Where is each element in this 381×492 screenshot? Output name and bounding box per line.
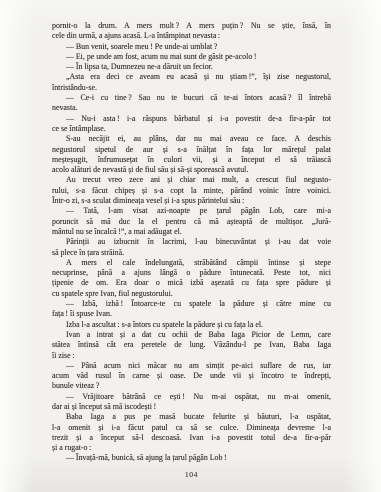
paragraph: — Tată, l-am visat azi-noapte pe țarul p… <box>52 206 331 237</box>
text-line: Ivan a intrat și a dat cu ochii de Baba … <box>52 330 331 340</box>
text-line: A mers el cale îndelungată, străbătând c… <box>52 258 331 268</box>
text-line: mântul nu se încalcă !”, a mai adăugat e… <box>52 227 331 237</box>
text-line: l-a omenit și i-a făcut patul ca să se c… <box>52 423 331 433</box>
text-line: stătea întinsă cât era peretele de lung.… <box>52 340 331 350</box>
text-line: poruncit să mă duc la el pentru că mă aș… <box>52 217 331 227</box>
text-line: necuprinse, până a ajuns lângă o pădure … <box>52 268 331 278</box>
text-line: — Până acum nici măcar nu am simțit pe-a… <box>52 361 331 371</box>
text-line: să plece în țara străină. <box>52 248 331 258</box>
text-line: pornit-o la drum. A mers mult ? A mers p… <box>52 21 331 31</box>
paragraph: — În lipsa ta, Dumnezeu ne-a dăruit un f… <box>52 62 331 72</box>
paragraph: Ivan a intrat și a dat cu ochii de Baba … <box>52 330 331 361</box>
text-line: S-au necăjit ei, au plâns, dar nu mai av… <box>52 134 331 144</box>
page-number: 104 <box>52 470 331 479</box>
text-line: îi zise : <box>52 351 331 361</box>
text-line: dar ai și început să mă iscodești ! <box>52 402 331 412</box>
text-line: — Bun venit, soarele meu ! Pe unde-ai um… <box>52 42 331 52</box>
paragraph: Izba l-a ascultat : s-a întors cu spatel… <box>52 320 331 330</box>
paragraph: „Asta era deci ce aveam eu acasă și nu ș… <box>52 72 331 93</box>
text-line: meșteșugit, înfrumusețat în culori vii, … <box>52 155 331 165</box>
paragraph: — Ce-i cu tine ? Sau nu te bucuri că te-… <box>52 93 331 114</box>
text-line: — Vrăjitoare bătrână ce ești ! Nu m-ai o… <box>52 392 331 402</box>
text-line: — Izbă, izbă ! Întoarce-te cu spatele la… <box>52 299 331 309</box>
text-line: — În lipsa ta, Dumnezeu ne-a dăruit un f… <box>52 62 331 72</box>
text-line: negustorul sipetul de aur și s-a înălțat… <box>52 145 331 155</box>
paragraph: — Izbă, izbă ! Întoarce-te cu spatele la… <box>52 299 331 320</box>
text-line: rului, s-a făcut chipeș și s-a copt la m… <box>52 186 331 196</box>
text-line: — Ce-i cu tine ? Sau nu te bucuri că te-… <box>52 93 331 103</box>
paragraph: Baba Iaga a pus pe masă bucate felurite … <box>52 412 331 453</box>
text-line: țipenie de om. Era doar o mică izbă așez… <box>52 278 331 288</box>
text-line: nevasta. <box>52 103 331 113</box>
paragraph: pornit-o la drum. A mers mult ? A mers p… <box>52 21 331 42</box>
paragraph: — Vrăjitoare bătrână ce ești ! Nu m-ai o… <box>52 392 331 413</box>
paragraph: Au trecut vreo zece ani și chiar mai mul… <box>52 175 331 206</box>
text-line: acum văd rusul în carne și oase. De unde… <box>52 371 331 381</box>
text-line: fața ! îi spuse Ivan. <box>52 309 331 319</box>
text-line: acolo alături de nevastă și de fiul său … <box>52 165 331 175</box>
text-line: și a rugat-o : <box>52 443 331 453</box>
text-line: — Ei, pe unde am fost, acum nu mai sunt … <box>52 52 331 62</box>
paragraph: — Nu-i asta ! i-a răspuns bărbatul și i-… <box>52 114 331 135</box>
text-line: cu spatele spre Ivan, fiul negustorului. <box>52 289 331 299</box>
text-line: întristându-se. <box>52 83 331 93</box>
text-line: Baba Iaga a pus pe masă bucate felurite … <box>52 412 331 422</box>
paragraph: Părinții au izbucnit în lacrimi, l-au bi… <box>52 237 331 258</box>
text-line: bunule viteaz ? <box>52 381 331 391</box>
text-line: — Nu-i asta ! i-a răspuns bărbatul și i-… <box>52 114 331 124</box>
text-block: pornit-o la drum. A mers mult ? A mers p… <box>52 21 331 464</box>
text-line: Izba l-a ascultat : s-a întors cu spatel… <box>52 320 331 330</box>
text-line: — Tată, l-am visat azi-noapte pe țarul p… <box>52 206 331 216</box>
paragraph: S-au necăjit ei, au plâns, dar nu mai av… <box>52 134 331 175</box>
paragraph: — Ei, pe unde am fost, acum nu mai sunt … <box>52 52 331 62</box>
paragraph: — Bun venit, soarele meu ! Pe unde-ai um… <box>52 42 331 52</box>
paragraph: A mers el cale îndelungată, străbătând c… <box>52 258 331 299</box>
text-line: — Învață-mă, bunică, să ajung la țarul p… <box>52 453 331 463</box>
book-page: pornit-o la drum. A mers mult ? A mers p… <box>0 0 381 492</box>
paragraph: — Până acum nici măcar nu am simțit pe-a… <box>52 361 331 392</box>
paragraph: — Învață-mă, bunică, să ajung la țarul p… <box>52 453 331 463</box>
text-line: ce se întâmplase. <box>52 124 331 134</box>
text-line: trezit și a început să-l descoasă. Ivan … <box>52 433 331 443</box>
text-line: cele din urmă, a ajuns acasă. L-a întâmp… <box>52 31 331 41</box>
text-line: Au trecut vreo zece ani și chiar mai mul… <box>52 175 331 185</box>
text-line: „Asta era deci ce aveam eu acasă și nu ș… <box>52 72 331 82</box>
text-line: Părinții au izbucnit în lacrimi, l-au bi… <box>52 237 331 247</box>
text-line: Într-o zi, s-a sculat dimineața vesel și… <box>52 196 331 206</box>
